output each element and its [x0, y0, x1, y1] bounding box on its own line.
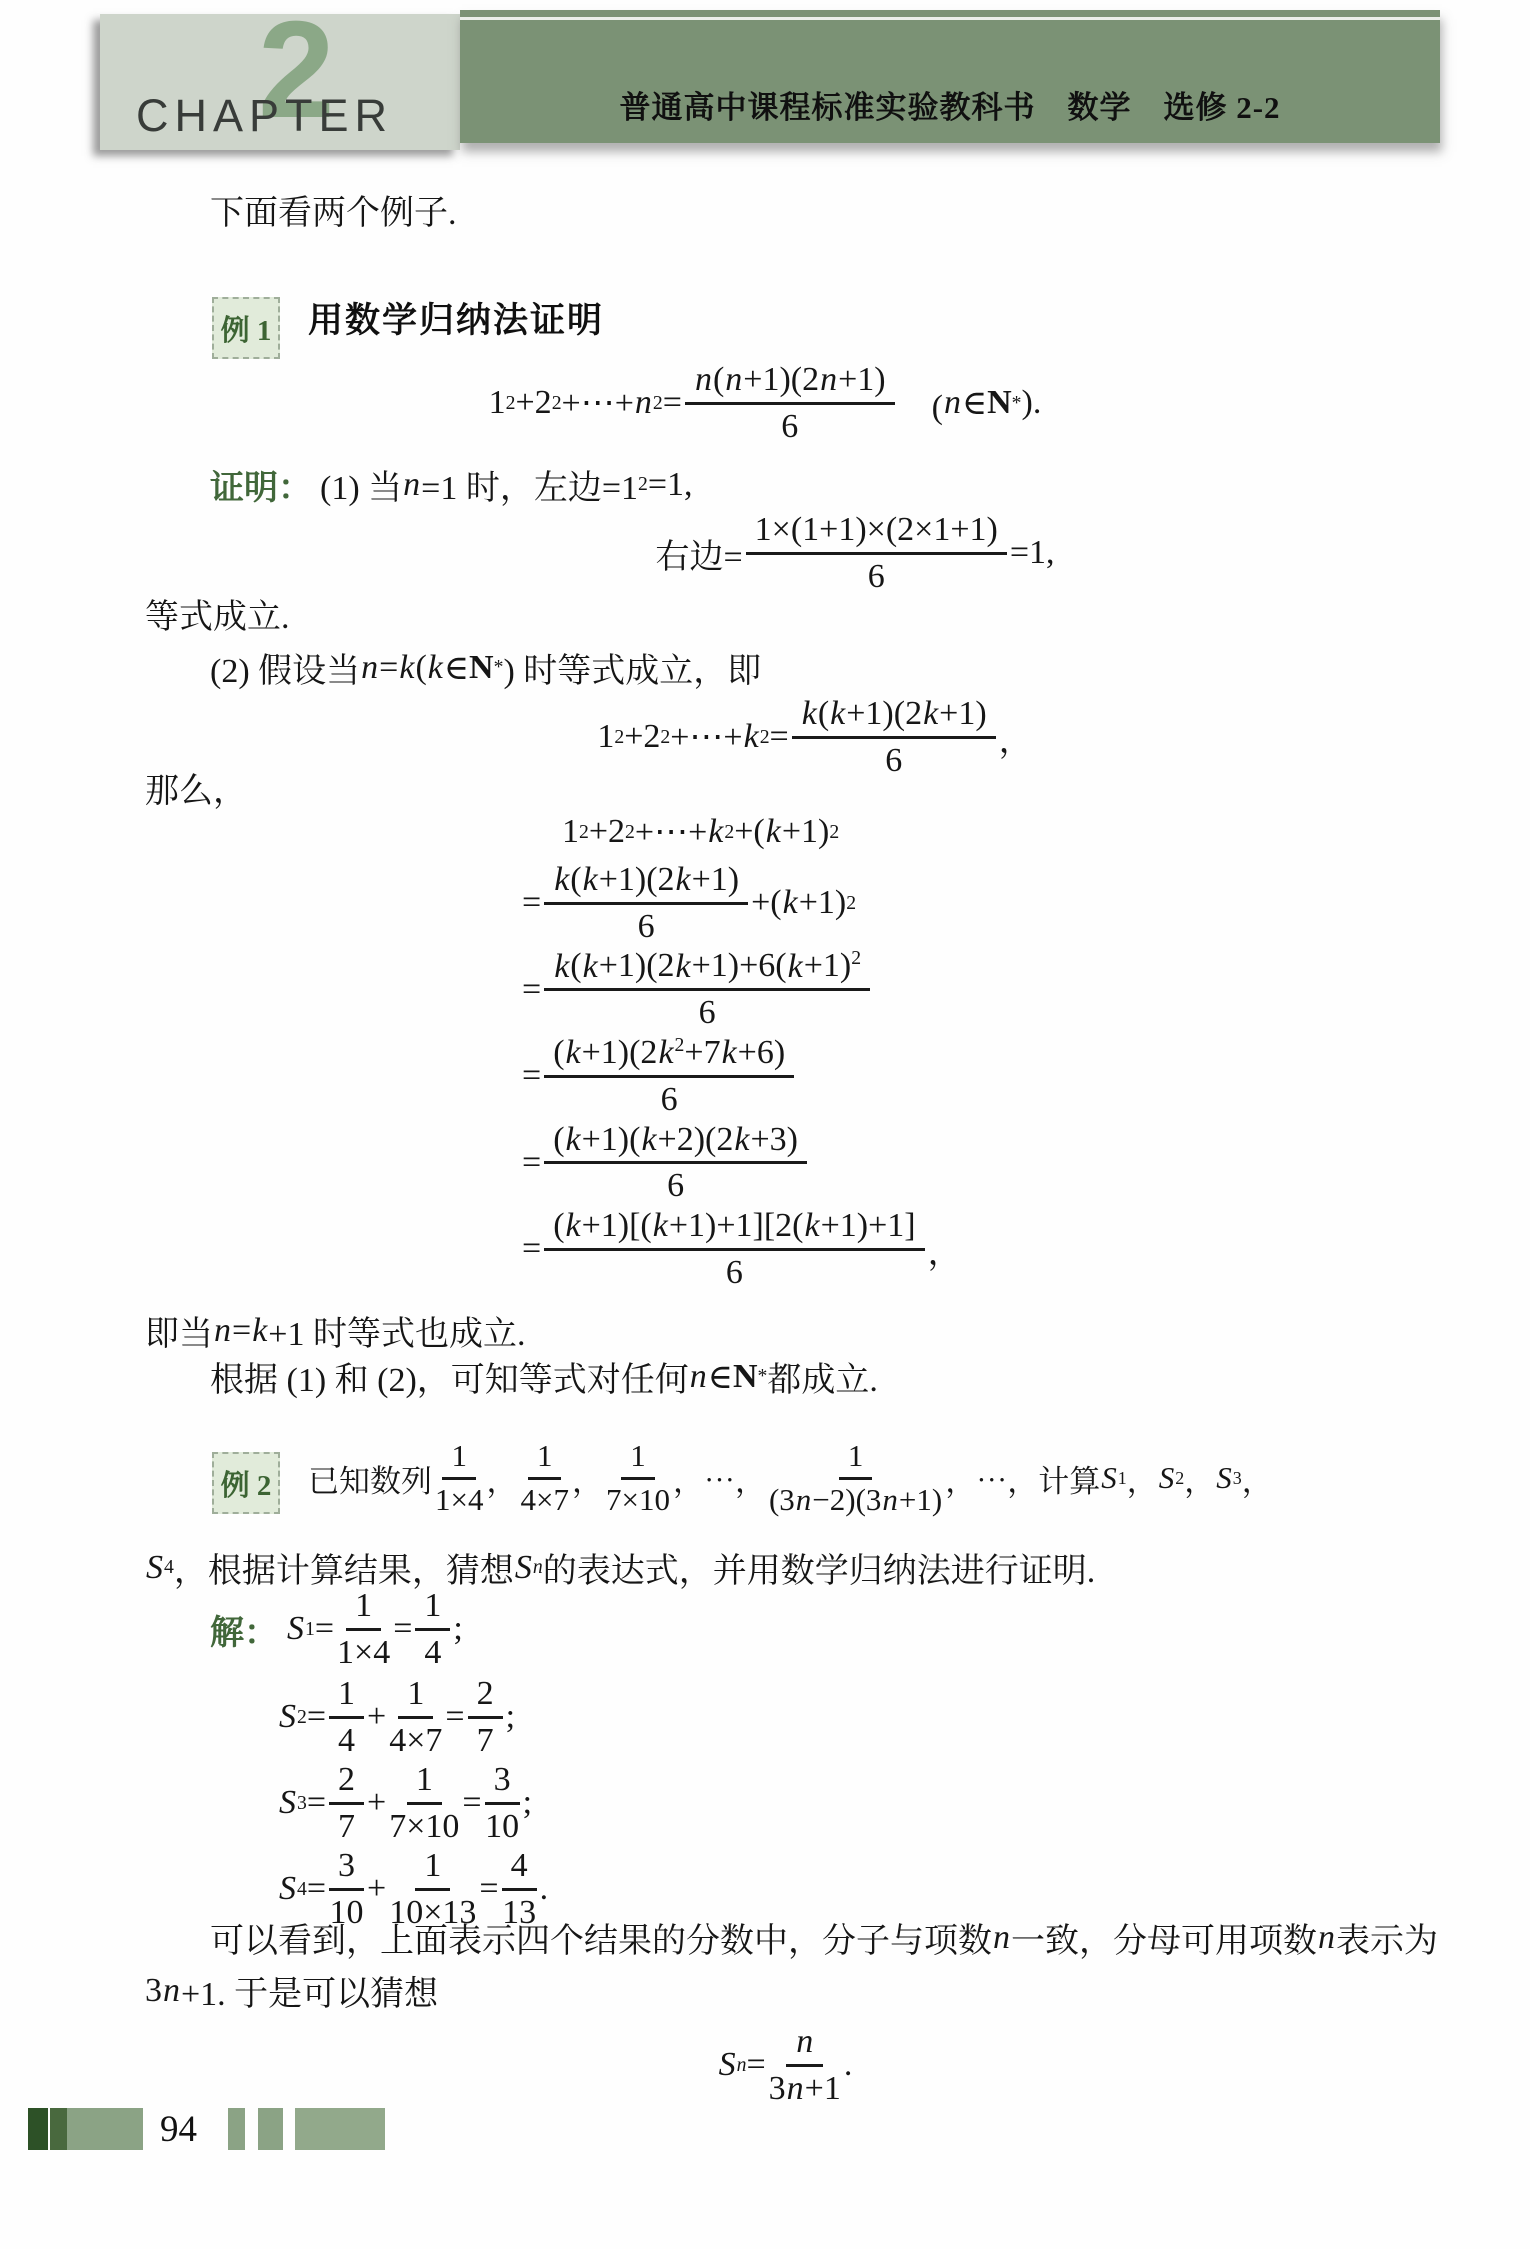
derivation-line: =(k+1)(2k2+7k+6)6	[522, 1035, 962, 1118]
solution-s1: 解：S1=11×4=14;	[210, 1588, 463, 1670]
derivation-line: =k(k+1)(2k+1)+6(k+1)26	[522, 948, 962, 1031]
observation-line2: 3n+1. 于是可以猜想	[145, 1966, 438, 2015]
solution-s3: S3=27+17×10=310;	[278, 1762, 532, 1844]
derivation-line: =k(k+1)(2k+1)6+(k+1)2	[522, 862, 962, 944]
footer-block	[50, 2108, 67, 2150]
footer-block	[295, 2108, 385, 2150]
example2-statement-line2: S4，根据计算结果，猜想 Sn 的表达式，并用数学归纳法进行证明.	[145, 1543, 1095, 1592]
chapter-label: CHAPTER	[136, 90, 393, 142]
then-text: 那么，	[145, 772, 247, 813]
derivation-block: 12+22+⋯+k2+(k+1)2 =k(k+1)(2k+1)6+(k+1)2 …	[522, 812, 962, 1294]
chapter-banner: 2 CHAPTER 普通高中课程标准实验教科书 数学 选修 2-2	[100, 10, 1440, 150]
rhs-formula: 右边=1×(1+1)×(2×1+1)6=1,	[0, 512, 1530, 594]
derivation-line: =(k+1)[(k+1)+1][2(k+1)+1]6，	[522, 1208, 962, 1290]
solution-s2: S2=14+14×7=27;	[278, 1676, 515, 1758]
example1-heading: 用数学归纳法证明	[308, 300, 604, 342]
example1-main-formula: 12+22+⋯+n2=n(n+1)(2n+1)6 (n∈N* ).	[0, 362, 1530, 444]
footer-block	[228, 2108, 245, 2150]
conclusion-line2: 根据 (1) 和 (2)，可知等式对任何 n∈N* 都成立.	[210, 1352, 878, 1401]
derivation-line: 12+22+⋯+k2+(k+1)2	[562, 812, 962, 852]
equality-holds-text: 等式成立.	[145, 598, 290, 639]
chapter-box: 2 CHAPTER	[100, 14, 460, 150]
conjecture-formula: Sn=n3n+1.	[0, 2024, 1530, 2106]
footer-block	[258, 2108, 283, 2150]
example2-statement-line1: 已知数列 11×4，14×7，17×10，⋯，1(3n−2)(3n+1)，⋯，计…	[308, 1440, 1273, 1516]
footer-block	[67, 2108, 143, 2150]
textbook-page: 2 CHAPTER 普通高中课程标准实验教科书 数学 选修 2-2 下面看两个例…	[0, 0, 1530, 2249]
intro-text: 下面看两个例子.	[210, 194, 457, 235]
page-number: 94	[160, 2108, 197, 2151]
conclusion-line1: 即当 n=k+1 时等式也成立.	[145, 1306, 525, 1355]
proof-step1: 证明：(1) 当 n=1 时，左边=12=1,	[210, 460, 693, 509]
proof-step2: (2) 假设当 n=k (k∈N* ) 时等式成立，即	[210, 643, 761, 692]
observation-line1: 可以看到，上面表示四个结果的分数中，分子与项数 n 一致，分母可用项数 n 表示…	[210, 1913, 1438, 1962]
example1-badge: 例 1	[212, 297, 280, 359]
footer-block	[28, 2108, 48, 2150]
example2-badge: 例 2	[212, 1452, 280, 1514]
page-footer: 94	[0, 2108, 1530, 2154]
book-title: 普通高中课程标准实验教科书 数学 选修 2-2	[460, 82, 1440, 127]
derivation-line: =(k+1)(k+2)(2k+3)6	[522, 1122, 962, 1204]
book-title-bar: 普通高中课程标准实验教科书 数学 选修 2-2	[460, 10, 1440, 143]
hypothesis-formula: 12+22+⋯+k2=k(k+1)(2k+1)6，	[0, 696, 1530, 778]
